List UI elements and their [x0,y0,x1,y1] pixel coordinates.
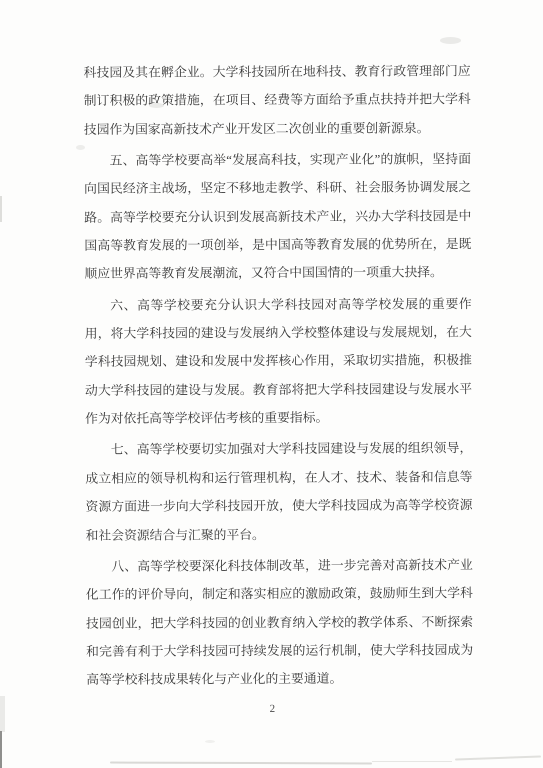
paragraph-item-8: 八、高等学校要深化科技体制改革，进一步完善对高新技术产业化工作的评价导向，制定和… [86,551,474,694]
scanned-document-canvas: { "doc": { "language": "zh-CN", "page_nu… [0,0,543,768]
page-number: 2 [1,702,543,716]
paragraph-item-5: 五、高等学校要高举“发展高科技，实现产业化”的旗帜，坚持面向国民经济主战场，坚定… [84,145,472,288]
paragraph-item-7: 七、高等学校要切实加强对大学科技园建设与发展的组织领导，成立相应的领导机构和运行… [85,435,472,550]
paper-sheet: 科技园及其在孵企业。大学科技园所在地科技、教育行政管理部门应制订积极的政策措施，… [0,0,543,768]
paragraph-item-6: 六、高等学校要充分认识大学科技园对高等学校发展的重要作用，将大学科技园的建设与发… [85,290,473,433]
paragraph-continuation: 科技园及其在孵企业。大学科技园所在地科技、教育行政管理部门应制订积极的政策措施，… [84,57,471,144]
document-page: 科技园及其在孵企业。大学科技园所在地科技、教育行政管理部门应制订积极的政策措施，… [0,0,543,768]
document-body: 科技园及其在孵企业。大学科技园所在地科技、教育行政管理部门应制订积极的政策措施，… [84,57,474,697]
